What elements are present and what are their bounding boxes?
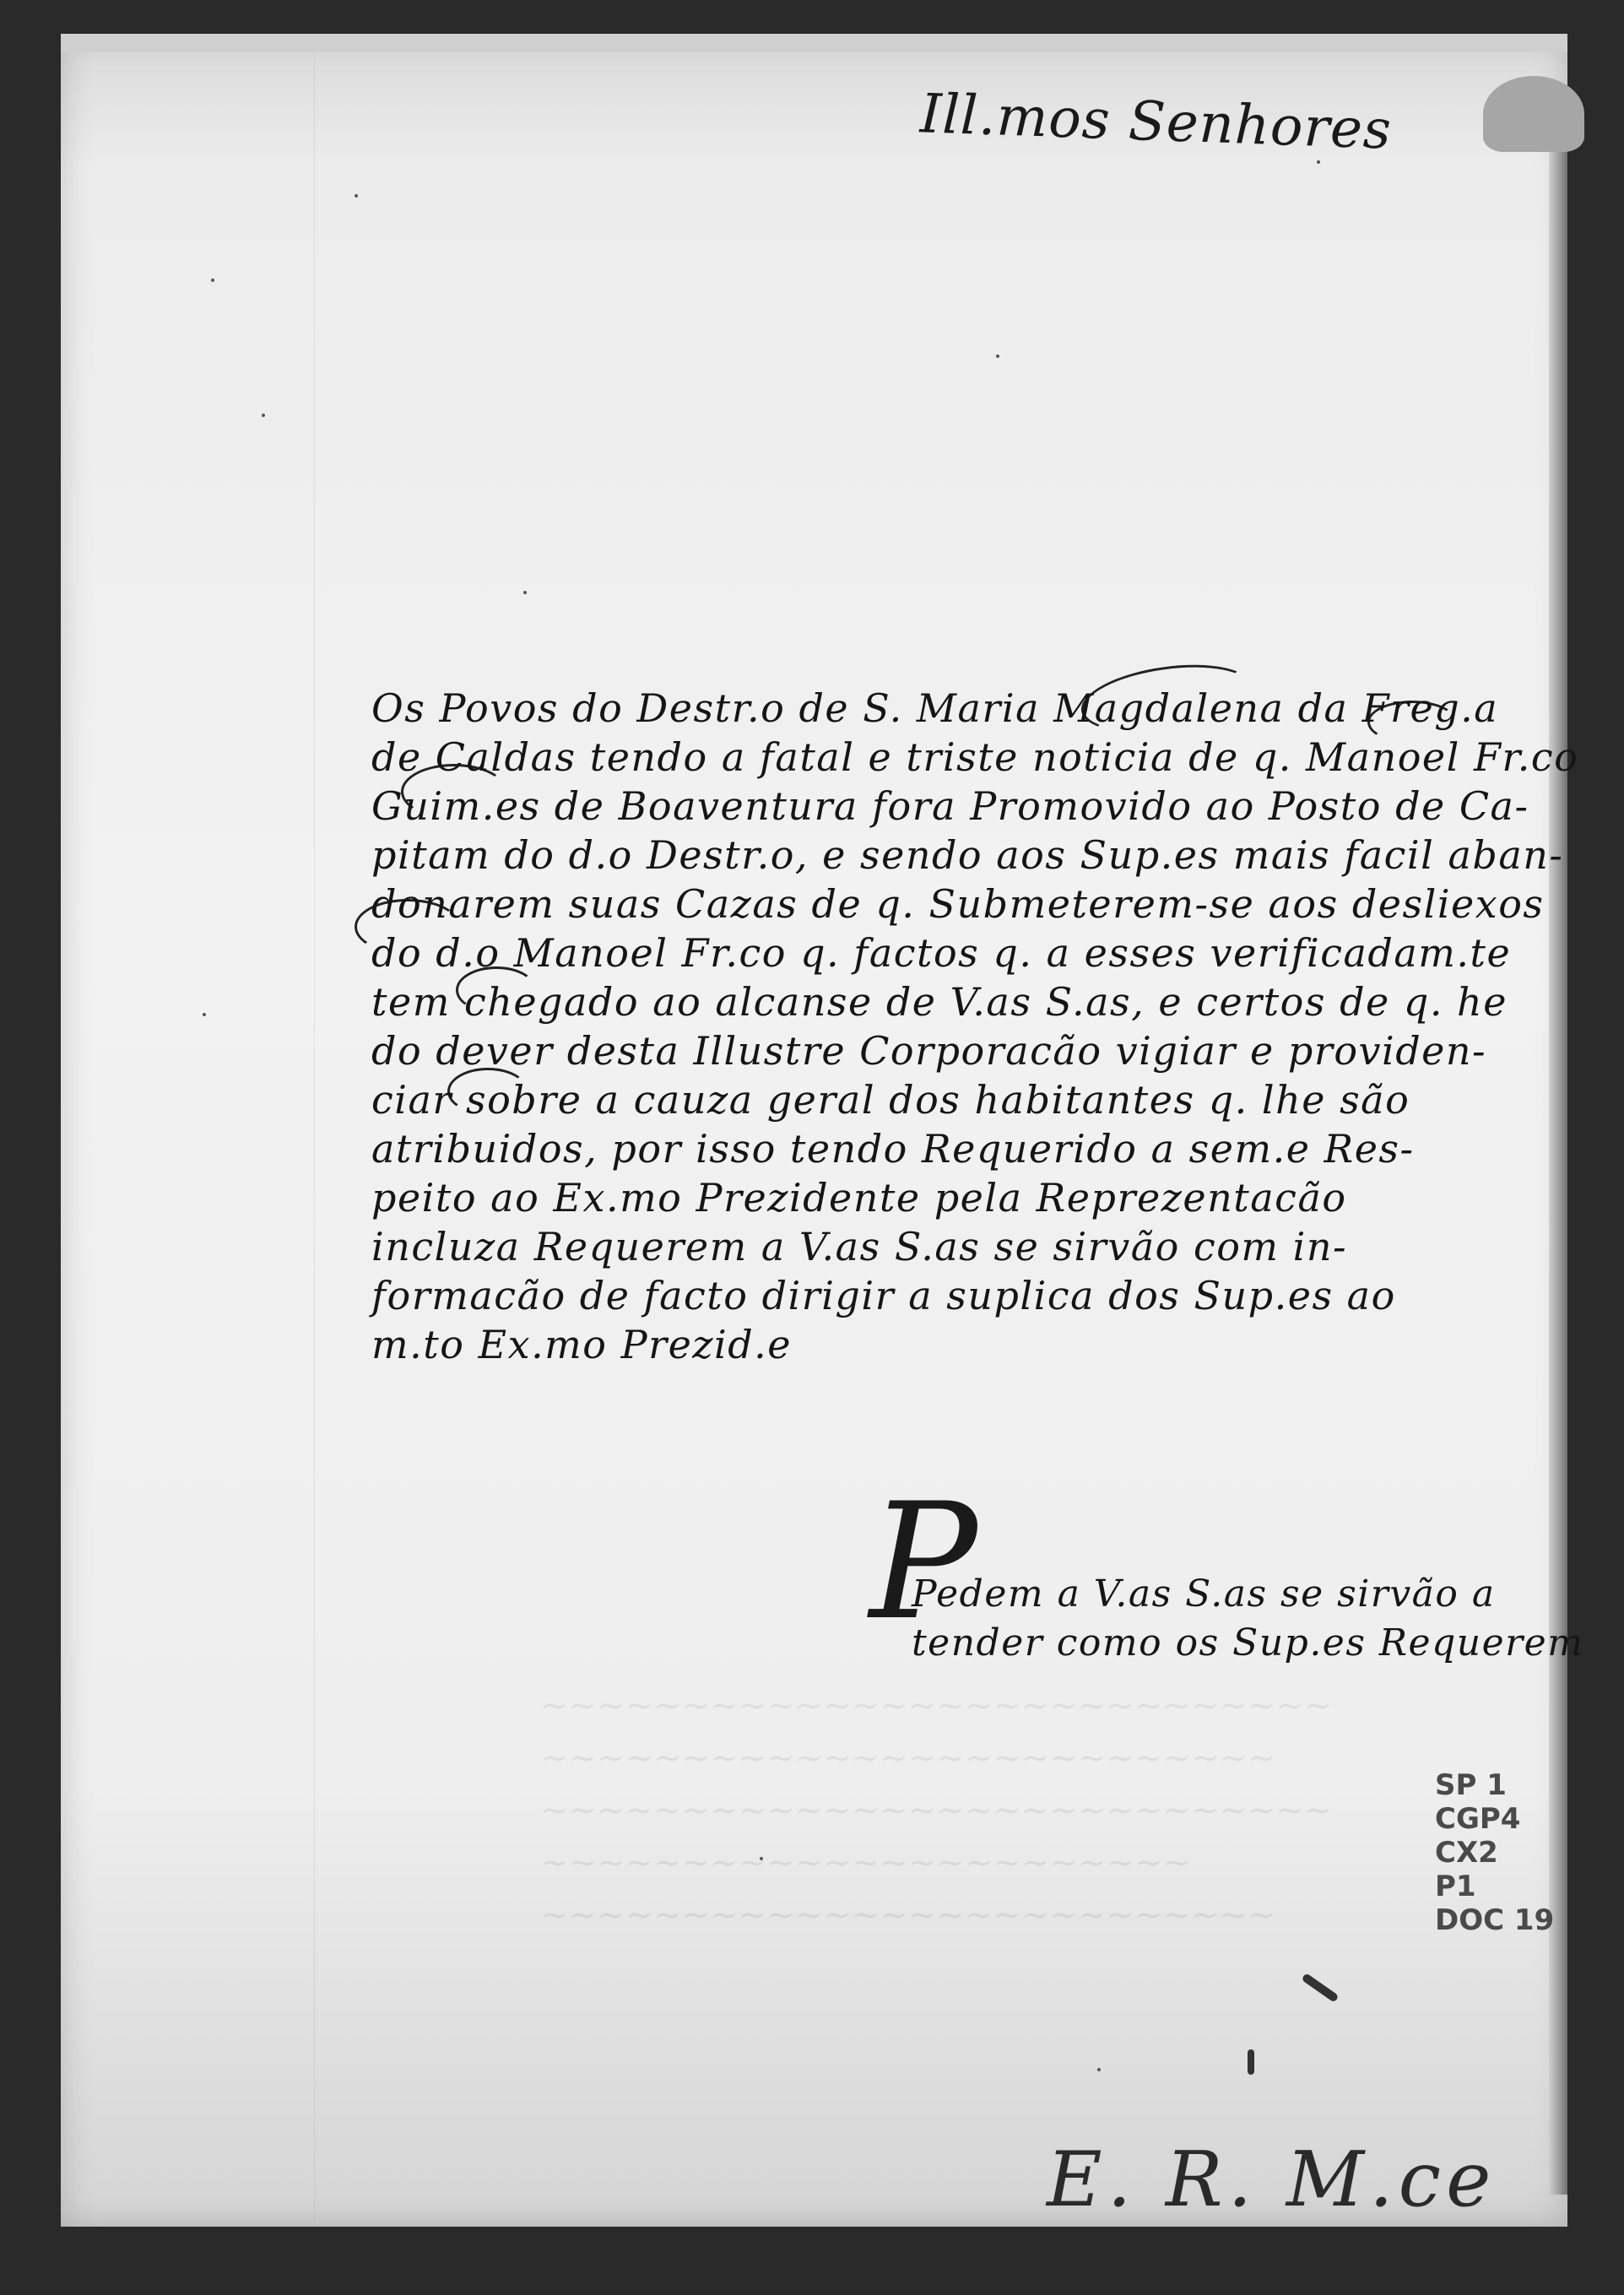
- torn-corner: [1483, 76, 1584, 152]
- stamp-line: DOC 19: [1435, 1903, 1554, 1937]
- petition-body: Os Povos do Destr.o de S. Maria Magdalen…: [371, 684, 1553, 1369]
- body-line: incluza Requerem a V.as S.as se sirvão c…: [371, 1222, 1553, 1271]
- body-line: Guim.es de Boaventura fora Promovido ao …: [371, 782, 1553, 831]
- stamp-line: SP 1: [1435, 1768, 1554, 1802]
- dust-speck: [355, 194, 358, 198]
- closing-formula: P Pedem a V.as S.as se sirvão a tender c…: [861, 1570, 1553, 1668]
- bleed-through-text: ~~~~~~~~~~~~~~~~~~~~~~~~~~~~~~~~~~~~~~~~…: [540, 1680, 1300, 1941]
- dust-speck: [1097, 2068, 1101, 2071]
- body-line: m.to Ex.mo Prezid.e: [371, 1320, 1553, 1369]
- body-line: donarem suas Cazas de q. Submeterem-se a…: [371, 880, 1553, 928]
- body-line: ciar sobre a cauza geral dos habitantes …: [371, 1075, 1553, 1124]
- dust-speck: [203, 1013, 206, 1016]
- stamp-line: CX2: [1435, 1836, 1554, 1870]
- dust-speck: [1317, 160, 1320, 164]
- ink-mark: [1248, 2049, 1254, 2075]
- dust-speck: [760, 1857, 763, 1860]
- stamp-line: P1: [1435, 1870, 1554, 1903]
- body-line: do dever desta Illustre Corporacão vigia…: [371, 1026, 1553, 1075]
- body-line: pitam do d.o Destr.o, e sendo aos Sup.es…: [371, 831, 1553, 880]
- decorative-initial: P: [869, 1469, 977, 1655]
- stamp-line: CGP4: [1435, 1802, 1554, 1836]
- body-line: formacão de facto dirigir a suplica dos …: [371, 1271, 1553, 1320]
- body-line: do d.o Manoel Fr.co q. factos q. a esses…: [371, 928, 1553, 977]
- dust-speck: [262, 414, 265, 417]
- scanned-document: Ill.mos Senhores Os Povos do Destr.o de …: [0, 0, 1624, 2295]
- dust-speck: [523, 591, 527, 594]
- body-line: tem chegado ao alcanse de V.as S.as, e c…: [371, 977, 1553, 1026]
- body-line: peito ao Ex.mo Prezidente pela Reprezent…: [371, 1173, 1553, 1222]
- dust-speck: [996, 355, 999, 358]
- paper-fold-line: [314, 52, 315, 2222]
- signature: E. R. M.ce: [1047, 2135, 1496, 2224]
- body-line: Os Povos do Destr.o de S. Maria Magdalen…: [371, 684, 1553, 733]
- dust-speck: [211, 279, 214, 282]
- body-line: de Caldas tendo a fatal e triste noticia…: [371, 733, 1553, 782]
- body-line: atribuidos, por isso tendo Requerido a s…: [371, 1124, 1553, 1173]
- archive-stamp: SP 1 CGP4 CX2 P1 DOC 19: [1435, 1768, 1554, 1937]
